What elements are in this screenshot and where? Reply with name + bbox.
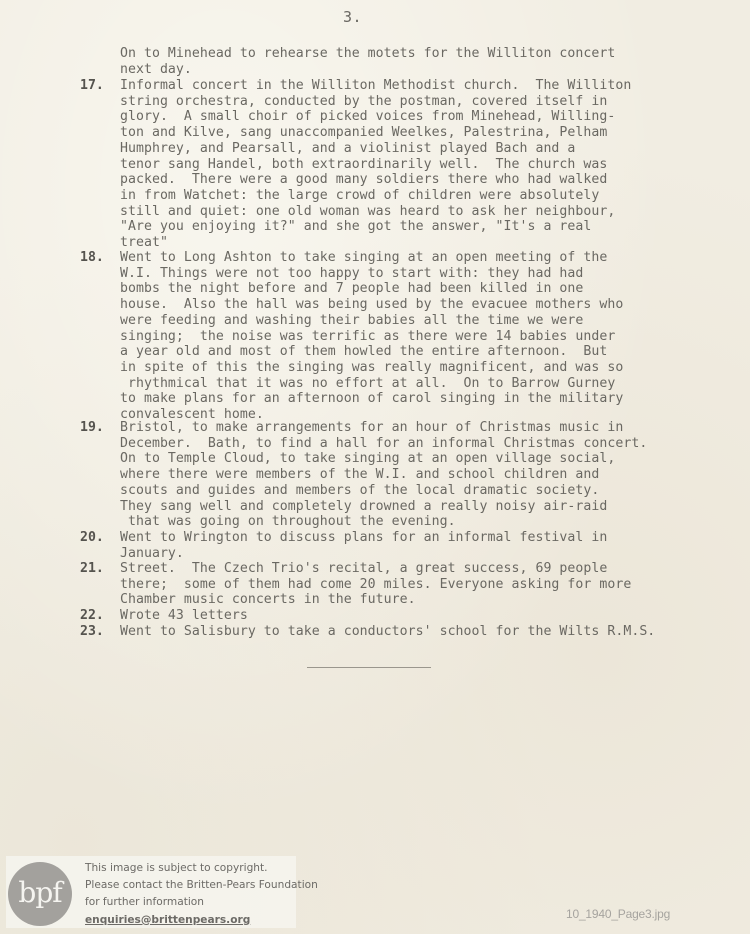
entry-day-number: 22. (80, 608, 104, 624)
entry-day-number: 23. (80, 624, 104, 640)
entry-text-line: scouts and guides and members of the loc… (120, 483, 599, 499)
entry-text-line: Went to Salisbury to take a conductors' … (120, 624, 655, 640)
entry-text-line: next day. (120, 62, 192, 78)
copyright-line-1: This image is subject to copyright. (85, 860, 318, 877)
entry-day-number: 20. (80, 530, 104, 546)
page-number: 3. (343, 8, 362, 26)
entry-text-line: bombs the night before and 7 people had … (120, 281, 583, 297)
entry-day-number: 17. (80, 78, 104, 94)
entry-text-line: W.I. Things were not too happy to start … (120, 266, 583, 282)
image-filename: 10_1940_Page3.jpg (566, 907, 670, 921)
copyright-line-2: Please contact the Britten-Pears Foundat… (85, 877, 318, 894)
entry-text-line: Went to Wrington to discuss plans for an… (120, 530, 607, 546)
entry-text-line: packed. There were a good many soldiers … (120, 172, 607, 188)
entry-text-line: there; some of them had come 20 miles. E… (120, 577, 631, 593)
entry-day-number: 21. (80, 561, 104, 577)
entry-text-line: in from Watchet: the large crowd of chil… (120, 188, 599, 204)
entry-day-number: 18. (80, 250, 104, 266)
entry-text-line: still and quiet: one old woman was heard… (120, 204, 615, 220)
entry-text-line: Humphrey, and Pearsall, and a violinist … (120, 141, 575, 157)
bpf-logo-text: bpf (18, 876, 61, 909)
entry-text-line: On to Minehead to rehearse the motets fo… (120, 46, 615, 62)
entry-text-line: ton and Kilve, sang unaccompanied Weelke… (120, 125, 607, 141)
entry-text-line: They sang well and completely drowned a … (120, 499, 607, 515)
entry-text-line: Wrote 43 letters (120, 608, 248, 624)
entry-text-line: singing; the noise was terrific as there… (120, 329, 615, 345)
entry-text-line: house. Also the hall was being used by t… (120, 297, 623, 313)
entry-text-line: Chamber music concerts in the future. (120, 592, 416, 608)
entry-text-line: January. (120, 546, 184, 562)
entry-text-line: Informal concert in the Williton Methodi… (120, 78, 631, 94)
entry-text-line: that was going on throughout the evening… (120, 514, 456, 530)
entry-text-line: Bristol, to make arrangements for an hou… (120, 420, 623, 436)
copyright-line-3: for further information (85, 894, 318, 911)
entry-text-line: tenor sang Handel, both extraordinarily … (120, 157, 607, 173)
entry-text-line: in spite of this the singing was really … (120, 360, 623, 376)
bpf-logo: bpf (8, 862, 72, 926)
entry-day-number: 19. (80, 420, 104, 436)
entry-text-line: to make plans for an afternoon of carol … (120, 391, 623, 407)
end-rule-divider (307, 667, 431, 668)
entry-text-line: string orchestra, conducted by the postm… (120, 94, 607, 110)
entry-text-line: treat" (120, 235, 168, 251)
entry-text-line: were feeding and washing their babies al… (120, 313, 583, 329)
entry-text-line: "Are you enjoying it?" and she got the a… (120, 219, 591, 235)
entry-text-line: On to Temple Cloud, to take singing at a… (120, 451, 615, 467)
entry-text-line: rhythmical that it was no effort at all.… (120, 376, 615, 392)
copyright-notice: This image is subject to copyright. Plea… (85, 860, 318, 929)
entry-text-line: Street. The Czech Trio's recital, a grea… (120, 561, 607, 577)
entry-text-line: where there were members of the W.I. and… (120, 467, 599, 483)
entry-text-line: December. Bath, to find a hall for an in… (120, 436, 647, 452)
contact-email-link[interactable]: enquiries@brittenpears.org (85, 912, 318, 929)
entry-text-line: glory. A small choir of picked voices fr… (120, 109, 615, 125)
entry-text-line: Went to Long Ashton to take singing at a… (120, 250, 607, 266)
entry-text-line: a year old and most of them howled the e… (120, 344, 607, 360)
